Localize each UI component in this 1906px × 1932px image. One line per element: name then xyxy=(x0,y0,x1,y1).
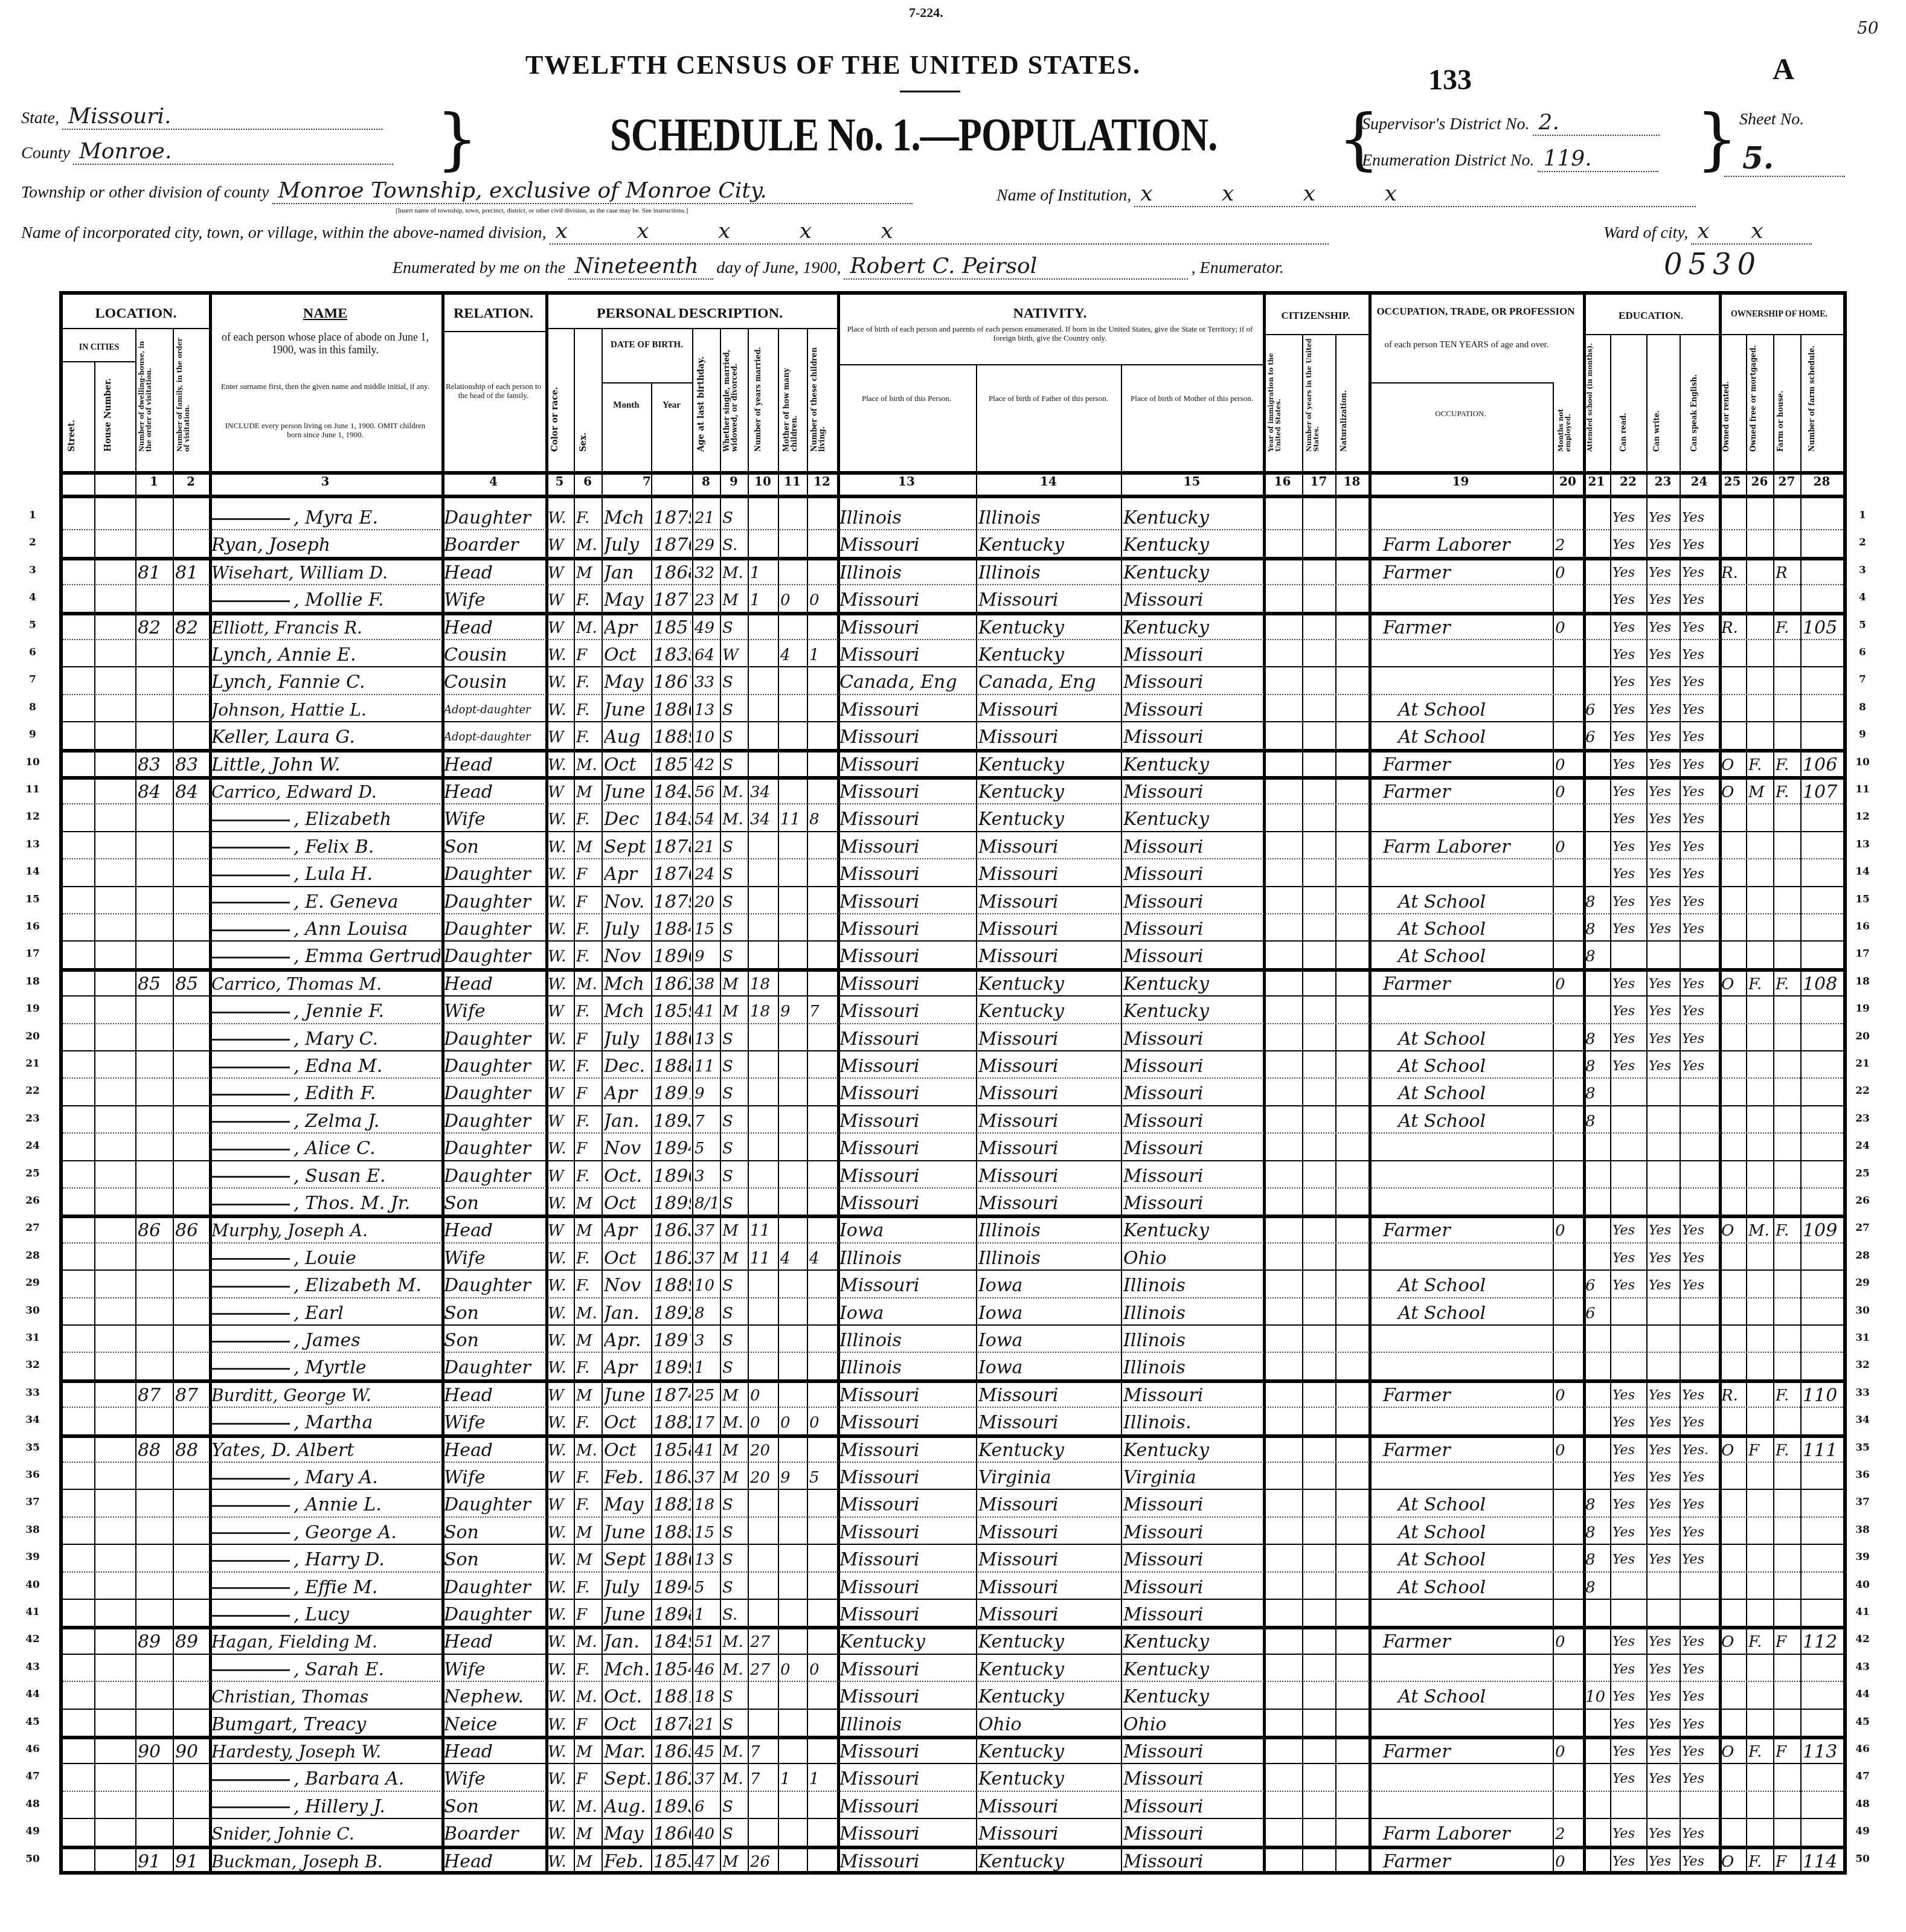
cell-occupation: At School xyxy=(1371,1545,1579,1571)
cell-birth-father: Kentucky xyxy=(978,1627,1120,1654)
cell-children-living: 5 xyxy=(809,1463,836,1489)
cell-free-mortgaged: M. xyxy=(1748,1216,1772,1242)
table-row: 2424, Alice C.DaughterW.FNov18945SMissou… xyxy=(63,1132,1843,1160)
cell-birth-person: Iowa xyxy=(839,1216,975,1242)
cell-farm-schedule xyxy=(1803,1244,1842,1270)
cell-months-unemployed xyxy=(1555,1764,1582,1791)
cell-family: 85 xyxy=(175,969,208,996)
cell-color: W. xyxy=(548,1134,573,1160)
cell-dwelling xyxy=(138,1134,172,1160)
cell-sex: F. xyxy=(576,942,600,968)
cell-years-married xyxy=(750,914,777,941)
cell-birth-person: Missouri xyxy=(839,722,975,749)
cell-dwelling xyxy=(138,1573,172,1599)
cell-mother-of xyxy=(780,1682,806,1709)
cell-occupation xyxy=(1371,1710,1564,1736)
cell-marital: M xyxy=(722,1244,746,1270)
cell-age: 54 xyxy=(695,804,719,831)
cell-months-unemployed: 0 xyxy=(1555,1381,1582,1407)
cell-children-living xyxy=(809,1079,836,1105)
cell-name: , Myra E. xyxy=(211,503,440,530)
cell-can-write: Yes xyxy=(1649,1764,1678,1791)
ditto-dash xyxy=(211,1615,290,1617)
cell-mother-of xyxy=(780,667,806,694)
cell-free-mortgaged xyxy=(1748,1573,1772,1599)
cell-years-married xyxy=(750,640,777,667)
cell-month: Jan. xyxy=(604,1106,650,1133)
cell-month: June xyxy=(604,1518,650,1544)
cell-can-speak-english: Yes xyxy=(1682,1627,1718,1654)
cell-month: Apr xyxy=(604,613,650,640)
cell-can-write: Yes xyxy=(1649,832,1678,859)
cell-children-living xyxy=(809,1490,836,1516)
cell-can-speak-english: Yes xyxy=(1682,1408,1718,1434)
cell-age: 37 xyxy=(695,1216,719,1242)
cell-children-living: 1 xyxy=(809,640,836,667)
cell-color: W. xyxy=(548,1737,573,1764)
cell-owned-rented: O xyxy=(1721,1436,1745,1462)
cell-farm-house: F. xyxy=(1776,750,1799,777)
cell-birth-mother: Missouri xyxy=(1123,1381,1262,1407)
cell-name: , E. Geneva xyxy=(211,887,440,914)
cell-months-unemployed xyxy=(1555,1189,1582,1215)
cell-farm-schedule xyxy=(1803,585,1842,612)
cell-family xyxy=(175,722,208,749)
cell-month: May xyxy=(604,585,650,612)
cell-color: W. xyxy=(548,859,573,886)
cell-years-married: 20 xyxy=(750,1436,777,1462)
years-married-col-header: Number of years married. xyxy=(754,331,762,452)
cell-sex: M xyxy=(576,1545,600,1571)
occupation-header: OCCUPATION, TRADE, OR PROFESSION xyxy=(1369,306,1583,318)
row-number-right: 10 xyxy=(1850,756,1875,768)
cell-month: Nov xyxy=(604,1271,650,1297)
cell-relation: Son xyxy=(444,1189,544,1215)
cell-sex: F. xyxy=(576,1490,600,1516)
cell-farm-house xyxy=(1776,859,1799,886)
cell-farm-house xyxy=(1776,887,1799,914)
ditto-dash xyxy=(211,1806,290,1808)
cell-dwelling: 87 xyxy=(138,1381,172,1407)
cell-color: W. xyxy=(548,1545,573,1571)
given-name: , Jennie F. xyxy=(294,1001,384,1022)
cell-occupation: Farmer xyxy=(1371,1381,1564,1407)
cell-children-living xyxy=(809,859,836,886)
ditto-dash xyxy=(211,1505,290,1507)
cell-years-married xyxy=(750,1271,777,1297)
cell-birth-father: Kentucky xyxy=(978,1737,1120,1764)
cell-name: , Edna M. xyxy=(211,1051,440,1078)
cell-mother-of xyxy=(780,1737,806,1764)
cell-relation: Wife xyxy=(444,996,544,1023)
row-number-right: 15 xyxy=(1850,893,1875,905)
cell-can-read: Yes xyxy=(1612,1381,1645,1407)
cell-sex: M. xyxy=(576,969,600,996)
cell-can-speak-english: Yes xyxy=(1682,1545,1718,1571)
cell-family xyxy=(175,1463,208,1489)
cell-age: 20 xyxy=(695,887,719,914)
cell-relation: Daughter xyxy=(444,1573,544,1599)
cell-years-married xyxy=(750,1326,777,1352)
cell-free-mortgaged xyxy=(1748,1463,1772,1489)
cell-owned-rented xyxy=(1721,1463,1745,1489)
cell-months-unemployed xyxy=(1555,1244,1582,1270)
cell-school-months xyxy=(1585,503,1609,530)
cell-color: W. xyxy=(548,804,573,831)
cell-farm-house xyxy=(1776,1792,1799,1818)
cell-mother-of xyxy=(780,530,806,557)
row-number-right: 5 xyxy=(1850,619,1875,631)
cell-farm-schedule: 106 xyxy=(1803,750,1842,777)
column-number: 15 xyxy=(1121,474,1263,489)
cell-name: , Edith F. xyxy=(211,1079,440,1105)
cell-occupation: Farmer xyxy=(1371,1627,1564,1654)
cell-free-mortgaged xyxy=(1748,859,1772,886)
cell-school-months xyxy=(1585,1216,1609,1242)
cell-can-read: Yes xyxy=(1612,1490,1645,1516)
cell-birth-person: Missouri xyxy=(839,1655,975,1681)
cell-marital: M xyxy=(722,585,746,612)
cell-can-speak-english: Yes xyxy=(1682,887,1718,914)
cell-years-married: 11 xyxy=(750,1244,777,1270)
cell-occupation: Farmer xyxy=(1371,750,1564,777)
cell-dwelling xyxy=(138,503,172,530)
table-row: 4545Bumgart, TreacyNeiceW.FOct187821SIll… xyxy=(63,1709,1843,1736)
cell-marital: S xyxy=(722,1518,746,1544)
cell-birth-father: Virginia xyxy=(978,1463,1120,1489)
cell-age: 47 xyxy=(695,1847,719,1873)
stamp-number: 0530 xyxy=(1664,248,1762,281)
cell-family xyxy=(175,1600,208,1626)
row-number-right: 34 xyxy=(1850,1414,1875,1426)
cell-marital: M xyxy=(722,1463,746,1489)
cell-school-months: 6 xyxy=(1585,1271,1609,1297)
given-name: , Ann Louisa xyxy=(294,919,408,940)
cell-dwelling xyxy=(138,695,172,722)
cell-color: W. xyxy=(548,1024,573,1051)
cell-can-write: Yes xyxy=(1649,1271,1678,1297)
cell-occupation xyxy=(1371,1353,1564,1379)
cell-birth-person: Missouri xyxy=(839,1134,975,1160)
cell-marital: M. xyxy=(722,1764,746,1791)
cell-year: 1888 xyxy=(653,1051,691,1078)
cell-sex: M xyxy=(576,1737,600,1764)
cell-family xyxy=(175,1710,208,1736)
cell-birth-person: Missouri xyxy=(839,1792,975,1818)
row-number-left: 16 xyxy=(21,920,45,932)
table-row: 4747, Barbara A.WifeW.FSept.186237M.711M… xyxy=(63,1763,1843,1791)
cell-free-mortgaged xyxy=(1748,1134,1772,1160)
cell-month: Mch xyxy=(604,969,650,996)
cell-dwelling: 86 xyxy=(138,1216,172,1242)
cell-farm-house: F. xyxy=(1776,613,1799,640)
table-row: 3131, JamesSonW.MApr.18973SIllinoisIowaI… xyxy=(63,1324,1843,1352)
color-col-header: Color or race. xyxy=(551,352,560,452)
cell-years-married xyxy=(750,832,777,859)
cell-relation: Son xyxy=(444,1792,544,1818)
row-number-left: 7 xyxy=(21,673,45,685)
cell-mother-of xyxy=(780,722,806,749)
cell-dwelling xyxy=(138,1764,172,1791)
row-number-right: 14 xyxy=(1850,865,1875,878)
cell-year: 1892 xyxy=(653,1298,691,1325)
cell-can-speak-english: Yes xyxy=(1682,996,1718,1023)
cell-color: W xyxy=(548,1161,573,1188)
row-number-left: 33 xyxy=(21,1387,45,1399)
cell-can-read xyxy=(1612,1600,1645,1626)
cell-age: 41 xyxy=(695,1436,719,1462)
cell-farm-house xyxy=(1776,1024,1799,1051)
cell-school-months: 8 xyxy=(1585,1573,1609,1599)
cell-birth-father: Ohio xyxy=(978,1710,1120,1736)
table-row: 2222, Edith F.DaughterWFApr18919SMissour… xyxy=(63,1077,1843,1105)
table-row: 27278686Murphy, Joseph A.HeadWMApr186337… xyxy=(63,1215,1843,1242)
cell-birth-mother: Kentucky xyxy=(1123,558,1262,585)
grid-line xyxy=(545,328,837,329)
cell-mother-of xyxy=(780,1545,806,1571)
cell-marital: M. xyxy=(722,1737,746,1764)
cell-sex: F xyxy=(576,1710,600,1736)
cell-relation: Adopt-daughter xyxy=(444,695,544,722)
cell-marital: S xyxy=(722,750,746,777)
row-number-left: 48 xyxy=(21,1798,45,1810)
table-row: 3434, MarthaWifeW.F.Oct188217M.000Missou… xyxy=(63,1407,1843,1434)
row-number-left: 11 xyxy=(21,783,45,795)
cell-farm-schedule: 111 xyxy=(1803,1436,1842,1462)
cell-year: 1879 xyxy=(653,503,691,530)
months-unemployed-col-header: Months not employed. xyxy=(1558,370,1571,452)
cell-family xyxy=(175,695,208,722)
cell-farm-schedule xyxy=(1803,1655,1842,1681)
cell-farm-house xyxy=(1776,1326,1799,1352)
row-number-left: 30 xyxy=(21,1305,45,1317)
cell-can-write: Yes xyxy=(1649,1408,1678,1434)
row-number-left: 4 xyxy=(21,591,45,603)
cell-free-mortgaged xyxy=(1748,640,1772,667)
cell-month: Nov xyxy=(604,1134,650,1160)
cell-name: , Susan E. xyxy=(211,1161,440,1188)
cell-family xyxy=(175,1189,208,1215)
cell-can-read: Yes xyxy=(1612,695,1645,722)
cell-birth-person: Missouri xyxy=(839,1024,975,1051)
cell-can-write xyxy=(1649,1326,1678,1352)
ditto-dash xyxy=(211,1094,290,1096)
cell-marital: S xyxy=(722,859,746,886)
cell-school-months xyxy=(1585,1463,1609,1489)
cell-school-months xyxy=(1585,1326,1609,1352)
cell-age: 21 xyxy=(695,503,719,530)
cell-children-living: 4 xyxy=(809,1244,836,1270)
cell-years-married xyxy=(750,1353,777,1379)
row-number-right: 13 xyxy=(1850,838,1875,850)
cell-months-unemployed xyxy=(1555,1573,1582,1599)
cell-color: W xyxy=(548,722,573,749)
cell-birth-father: Iowa xyxy=(978,1298,1120,1325)
cell-can-read: Yes xyxy=(1612,1655,1645,1681)
month-header: Month xyxy=(602,400,651,411)
cell-name: , Mary A. xyxy=(211,1463,440,1489)
cell-can-write: Yes xyxy=(1649,777,1678,804)
cell-color: W. xyxy=(548,1298,573,1325)
cell-school-months xyxy=(1585,1436,1609,1462)
cell-school-months: 8 xyxy=(1585,887,1609,914)
cell-mother-of xyxy=(780,1710,806,1736)
cell-mother-of xyxy=(780,503,806,530)
cell-owned-rented: O xyxy=(1721,750,1745,777)
cell-can-write: Yes xyxy=(1649,804,1678,831)
cell-birth-person: Missouri xyxy=(839,613,975,640)
row-number-right: 50 xyxy=(1850,1853,1875,1865)
cell-can-write xyxy=(1649,1134,1678,1160)
cell-dwelling xyxy=(138,722,172,749)
cell-school-months xyxy=(1585,996,1609,1023)
cell-farm-house xyxy=(1776,1600,1799,1626)
cell-can-read xyxy=(1612,1134,1645,1160)
cell-can-speak-english: Yes xyxy=(1682,1518,1718,1544)
cell-birth-mother: Missouri xyxy=(1123,1600,1262,1626)
cell-sex: M. xyxy=(576,530,600,557)
cell-family: 86 xyxy=(175,1216,208,1242)
table-row: 2929, Elizabeth M.DaughterW.F.Nov188910S… xyxy=(63,1269,1843,1297)
cell-birth-mother: Missouri xyxy=(1123,887,1262,914)
cell-birth-mother: Missouri xyxy=(1123,1079,1262,1105)
cell-month: Apr xyxy=(604,1079,650,1105)
personal-description-header: PERSONAL DESCRIPTION. xyxy=(545,306,834,322)
cell-occupation: At School xyxy=(1371,1024,1579,1051)
cell-age: 45 xyxy=(695,1737,719,1764)
cell-birth-mother: Missouri xyxy=(1123,1490,1262,1516)
cell-birth-father: Illinois xyxy=(978,558,1120,585)
cell-birth-person: Illinois xyxy=(839,1710,975,1736)
cell-owned-rented xyxy=(1721,530,1745,557)
cell-months-unemployed xyxy=(1555,1490,1582,1516)
cell-farm-house xyxy=(1776,914,1799,941)
given-name: , Mollie F. xyxy=(294,589,384,611)
cell-occupation: Farmer xyxy=(1371,1216,1564,1242)
cell-color: W. xyxy=(548,1682,573,1709)
cell-age: 46 xyxy=(695,1655,719,1681)
given-name: , Mary C. xyxy=(294,1029,378,1050)
cell-can-speak-english: Yes xyxy=(1682,777,1718,804)
cell-occupation: At School xyxy=(1371,1490,1579,1516)
cell-birth-person: Missouri xyxy=(839,914,975,941)
cell-can-read: Yes xyxy=(1612,1216,1645,1242)
cell-marital: S xyxy=(722,1051,746,1078)
cell-family xyxy=(175,1545,208,1571)
cell-months-unemployed: 0 xyxy=(1555,1847,1582,1873)
year-header: Year xyxy=(651,400,692,411)
cell-years-married xyxy=(750,1051,777,1078)
cell-marital: S xyxy=(722,1573,746,1599)
cell-farm-house xyxy=(1776,1189,1799,1215)
cell-years-married xyxy=(750,1161,777,1188)
cell-relation: Wife xyxy=(444,1764,544,1791)
ditto-dash xyxy=(211,1532,290,1534)
cell-family xyxy=(175,1271,208,1297)
cell-marital: M xyxy=(722,1216,746,1242)
cell-name: , Effie M. xyxy=(211,1573,440,1599)
cell-age: 5 xyxy=(695,1134,719,1160)
cell-owned-rented: R. xyxy=(1721,613,1745,640)
cell-birth-father: Missouri xyxy=(978,887,1120,914)
ditto-dash xyxy=(211,847,290,849)
cell-sex: F xyxy=(576,1079,600,1105)
table-row: 50509191Buckman, Joseph B.HeadW.MFeb.185… xyxy=(63,1846,1843,1873)
cell-owned-rented xyxy=(1721,804,1745,831)
cell-birth-mother: Missouri xyxy=(1123,1051,1262,1078)
cell-age: 56 xyxy=(695,777,719,804)
cell-can-read: Yes xyxy=(1612,1024,1645,1051)
cell-dwelling xyxy=(138,1106,172,1133)
cell-color: W. xyxy=(548,750,573,777)
given-name: , Hillery J. xyxy=(294,1796,385,1817)
row-number-left: 13 xyxy=(21,838,45,850)
given-name: , Earl xyxy=(294,1303,344,1324)
cell-mother-of xyxy=(780,1819,806,1846)
cell-birth-person: Missouri xyxy=(839,1463,975,1489)
cell-can-write: Yes xyxy=(1649,1024,1678,1051)
cell-relation: Adopt-daughter xyxy=(444,722,544,749)
cell-farm-house: F xyxy=(1776,1627,1799,1654)
cell-children-living: 8 xyxy=(809,804,836,831)
cell-family: 83 xyxy=(175,750,208,777)
cell-farm-house xyxy=(1776,1490,1799,1516)
cell-age: 29 xyxy=(695,530,719,557)
sex-col-header: Sex. xyxy=(579,416,588,452)
cell-children-living: 0 xyxy=(809,1408,836,1434)
cell-can-write: Yes xyxy=(1649,1737,1678,1764)
row-number-left: 20 xyxy=(21,1030,45,1042)
cell-children-living xyxy=(809,503,836,530)
cell-free-mortgaged xyxy=(1748,1079,1772,1105)
cell-months-unemployed xyxy=(1555,887,1582,914)
cell-sex: F. xyxy=(576,914,600,941)
cell-mother-of xyxy=(780,1051,806,1078)
cell-year: 1891 xyxy=(653,1079,691,1105)
cell-can-write: Yes xyxy=(1649,969,1678,996)
row-number-right: 39 xyxy=(1850,1551,1875,1563)
cell-marital: M. xyxy=(722,1655,746,1681)
table-row: 4141, LucyDaughterW.FJune18981S.Missouri… xyxy=(63,1599,1843,1626)
cell-can-write: Yes xyxy=(1649,1244,1678,1270)
cell-birth-person: Illinois xyxy=(839,558,975,585)
cell-name: , Alice C. xyxy=(211,1134,440,1160)
cell-month: May xyxy=(604,1819,650,1846)
cell-family xyxy=(175,1353,208,1379)
column-number: 13 xyxy=(837,474,976,489)
cell-months-unemployed xyxy=(1555,1271,1582,1297)
cell-years-married: 7 xyxy=(750,1764,777,1791)
cell-marital: S xyxy=(722,667,746,694)
cell-can-speak-english: Yes xyxy=(1682,530,1718,557)
cell-marital: M xyxy=(722,1381,746,1407)
cell-month: Mch xyxy=(604,996,650,1023)
in-cities-header: IN CITIES xyxy=(63,343,135,353)
row-number-left: 43 xyxy=(21,1661,45,1673)
cell-relation: Head xyxy=(444,1737,544,1764)
cell-farm-schedule: 114 xyxy=(1803,1847,1842,1873)
cell-dwelling xyxy=(138,1819,172,1846)
cell-farm-schedule xyxy=(1803,530,1842,557)
cell-name: Buckman, Joseph B. xyxy=(211,1847,440,1873)
cell-can-write: Yes xyxy=(1649,1545,1678,1571)
cell-farm-house xyxy=(1776,695,1799,722)
cell-sex: F. xyxy=(576,1271,600,1297)
cell-marital: S xyxy=(722,1682,746,1709)
cell-birth-mother: Missouri xyxy=(1123,859,1262,886)
cell-color: W xyxy=(548,777,573,804)
cell-can-read: Yes xyxy=(1612,640,1645,667)
